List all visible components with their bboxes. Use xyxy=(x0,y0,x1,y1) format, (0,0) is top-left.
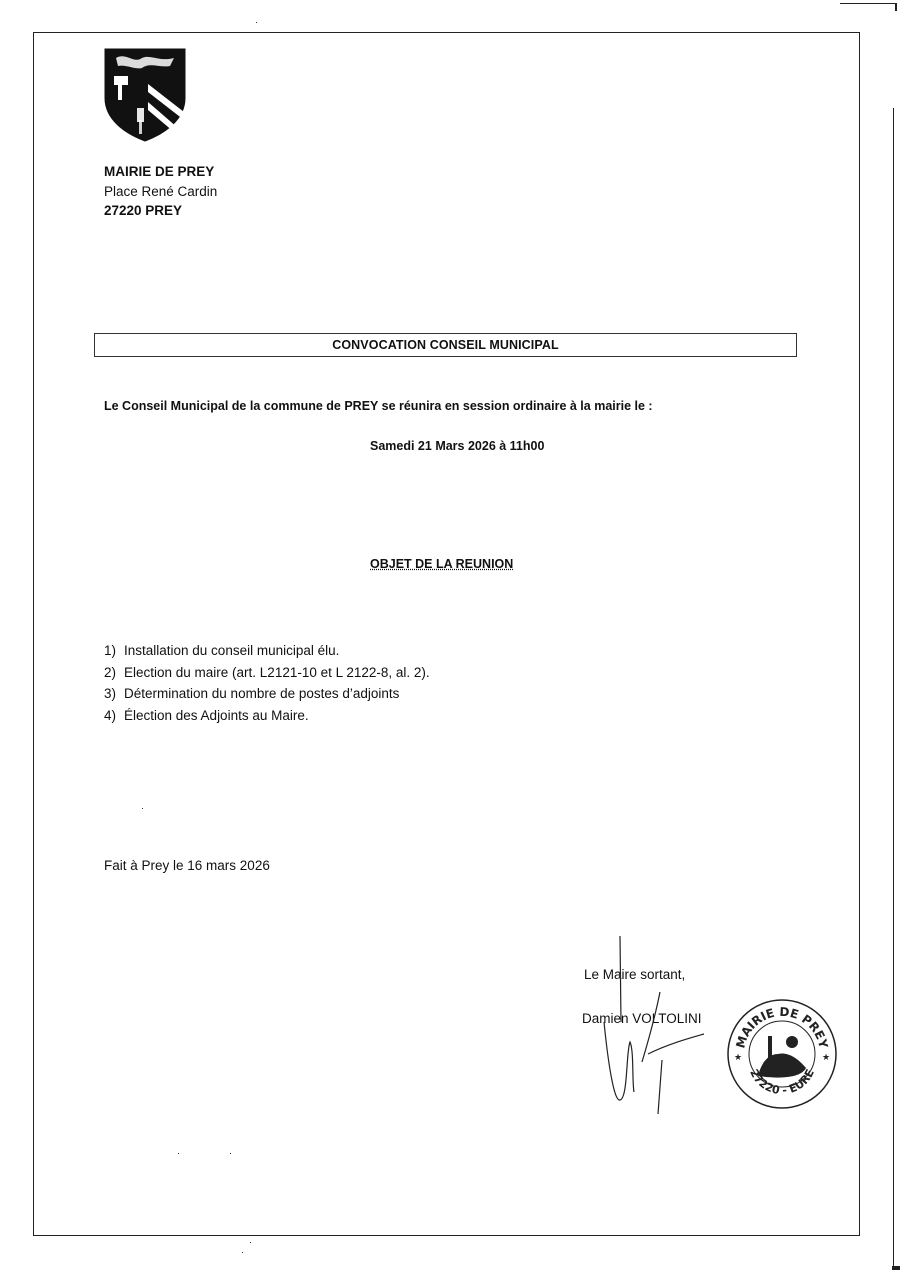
handwritten-signature-icon xyxy=(590,932,710,1122)
agenda-item-text: Détermination du nombre de postes d’adjo… xyxy=(124,686,399,701)
agenda-heading: OBJET DE LA REUNION xyxy=(370,557,513,571)
scan-speck xyxy=(250,1242,251,1243)
coat-of-arms-icon xyxy=(104,48,186,142)
scan-speck xyxy=(256,22,257,23)
sender-address: MAIRIE DE PREY Place René Cardin 27220 P… xyxy=(104,162,217,221)
agenda-item-text: Election du maire (art. L2121-10 et L 21… xyxy=(124,665,430,680)
official-seal-icon: MAIRIE DE PREY 27220 - EURE ★ ★ xyxy=(726,998,838,1110)
agenda-item: 2)Election du maire (art. L2121-10 et L … xyxy=(104,662,430,684)
agenda-item: 1)Installation du conseil municipal élu. xyxy=(104,640,430,662)
organization-name: MAIRIE DE PREY xyxy=(104,162,217,182)
agenda-item-text: Installation du conseil municipal élu. xyxy=(124,643,339,658)
scan-speck xyxy=(242,1252,243,1253)
postal-city: 27220 PREY xyxy=(104,201,217,221)
document-title-text: CONVOCATION CONSEIL MUNICIPAL xyxy=(332,338,559,352)
agenda-item: 4)Élection des Adjoints au Maire. xyxy=(104,705,430,727)
scan-edge xyxy=(895,3,897,11)
agenda-item-number: 3) xyxy=(104,683,124,705)
agenda-item-number: 1) xyxy=(104,640,124,662)
scan-edge xyxy=(893,108,894,1268)
agenda-item-number: 2) xyxy=(104,662,124,684)
street-address: Place René Cardin xyxy=(104,182,217,202)
document-title: CONVOCATION CONSEIL MUNICIPAL xyxy=(94,333,797,357)
svg-text:★: ★ xyxy=(734,1052,742,1062)
place-and-date: Fait à Prey le 16 mars 2026 xyxy=(104,858,270,873)
agenda-item: 3)Détermination du nombre de postes d’ad… xyxy=(104,683,430,705)
intro-text: Le Conseil Municipal de la commune de PR… xyxy=(104,399,653,413)
scan-edge xyxy=(840,3,896,4)
agenda-list: 1)Installation du conseil municipal élu.… xyxy=(104,640,430,726)
scan-edge xyxy=(892,1266,900,1270)
meeting-datetime: Samedi 21 Mars 2026 à 11h00 xyxy=(370,439,544,453)
svg-text:★: ★ xyxy=(822,1052,830,1062)
agenda-item-number: 4) xyxy=(104,705,124,727)
agenda-item-text: Élection des Adjoints au Maire. xyxy=(124,708,309,723)
